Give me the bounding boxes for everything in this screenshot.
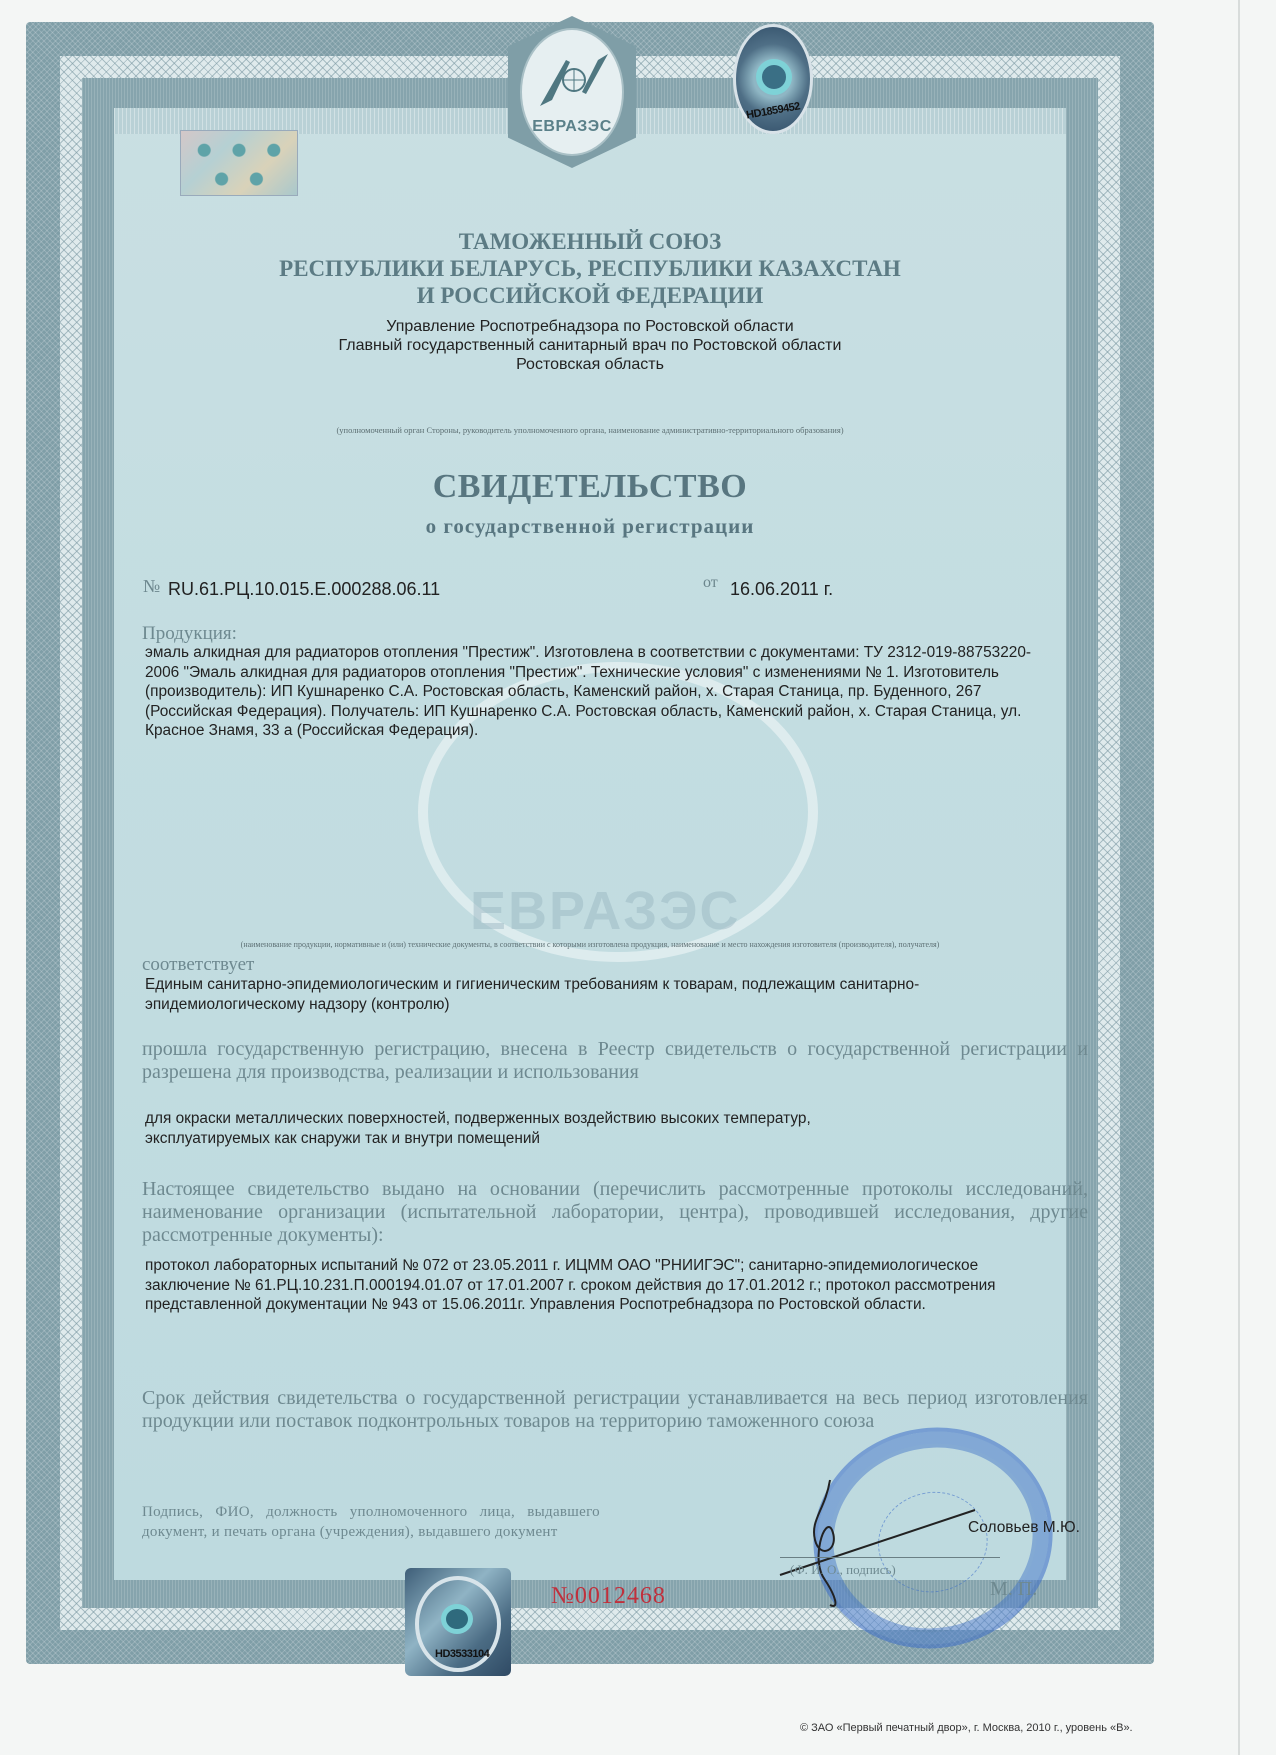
conformity-label: соответствует — [142, 954, 254, 976]
usage-text: для окраски металлических поверхностей, … — [145, 1109, 905, 1148]
printer-imprint: © ЗАО «Первый печатный двор», г. Москва,… — [800, 1722, 1133, 1734]
hologram-serial-bottom: HD3533104 — [435, 1648, 489, 1660]
union-line: ТАМОЖЕННЫЙ СОЮЗ — [114, 228, 1066, 255]
hologram-seal-top: HD1859452 — [733, 24, 813, 134]
customs-union-heading: ТАМОЖЕННЫЙ СОЮЗ РЕСПУБЛИКИ БЕЛАРУСЬ, РЕС… — [114, 228, 1066, 309]
paper-edge — [1238, 0, 1240, 1755]
reg-date-label: от — [703, 574, 718, 592]
hologram-mark-icon — [441, 1604, 473, 1634]
basis-statement: Настоящее свидетельство выдано на основа… — [142, 1178, 1088, 1247]
registered-statement: прошла государственную регистрацию, внес… — [142, 1038, 1088, 1084]
validity-statement: Срок действия свидетельства о государств… — [142, 1387, 1088, 1433]
union-line: РЕСПУБЛИКИ БЕЛАРУСЬ, РЕСПУБЛИКИ КАЗАХСТА… — [114, 255, 1066, 282]
authority-line: Управление Роспотребнадзора по Ростовско… — [114, 317, 1066, 336]
product-description: эмаль алкидная для радиаторов отопления … — [145, 643, 1065, 741]
seal-label: М. П. — [990, 1578, 1037, 1601]
reg-number-label: № — [143, 576, 160, 597]
product-label: Продукция: — [142, 623, 237, 645]
handwritten-signature — [770, 1470, 990, 1620]
authority-line: Главный государственный санитарный врач … — [114, 336, 1066, 355]
signer-name: Соловьев М.Ю. — [968, 1519, 1080, 1537]
product-caption: (наименование продукции, нормативные и (… — [114, 940, 1066, 949]
hologram-seal-bottom: HD3533104 — [405, 1568, 511, 1676]
hologram-mark-icon — [756, 59, 792, 95]
watermark-text: ЕВРАЗЭС — [470, 880, 741, 942]
signature-instruction: Подпись, ФИО, должность уполномоченного … — [142, 1502, 600, 1542]
certificate-title: СВИДЕТЕЛЬСТВО — [114, 468, 1066, 506]
eurasec-emblem: ЕВРАЗЭС — [520, 28, 624, 156]
hologram-strip — [180, 130, 298, 196]
certificate-subtitle: о государственной регистрации — [114, 514, 1066, 539]
authority-block: Управление Роспотребнадзора по Ростовско… — [114, 317, 1066, 374]
union-line: И РОССИЙСКОЙ ФЕДЕРАЦИИ — [114, 282, 1066, 309]
emblem-text: ЕВРАЗЭС — [532, 118, 612, 136]
reg-number: RU.61.РЦ.10.015.Е.000288.06.11 — [168, 579, 440, 600]
authority-line: Ростовская область — [114, 355, 1066, 374]
form-number: №0012468 — [551, 1583, 666, 1610]
reg-date: 16.06.2011 г. — [730, 579, 833, 600]
hologram-serial-top: HD1859452 — [745, 100, 800, 121]
eurasec-logo-icon — [536, 50, 612, 110]
registration-line: № RU.61.РЦ.10.015.Е.000288.06.11 от 16.0… — [143, 576, 943, 602]
conformity-text: Единым санитарно-эпидемиологическим и ги… — [145, 975, 945, 1014]
signature-line — [780, 1557, 1000, 1558]
authority-caption: (уполномоченный орган Стороны, руководит… — [114, 425, 1066, 435]
signature-caption: (Ф. И. О., подпись) — [790, 1562, 896, 1578]
basis-text: протокол лабораторных испытаний № 072 от… — [145, 1256, 1065, 1315]
